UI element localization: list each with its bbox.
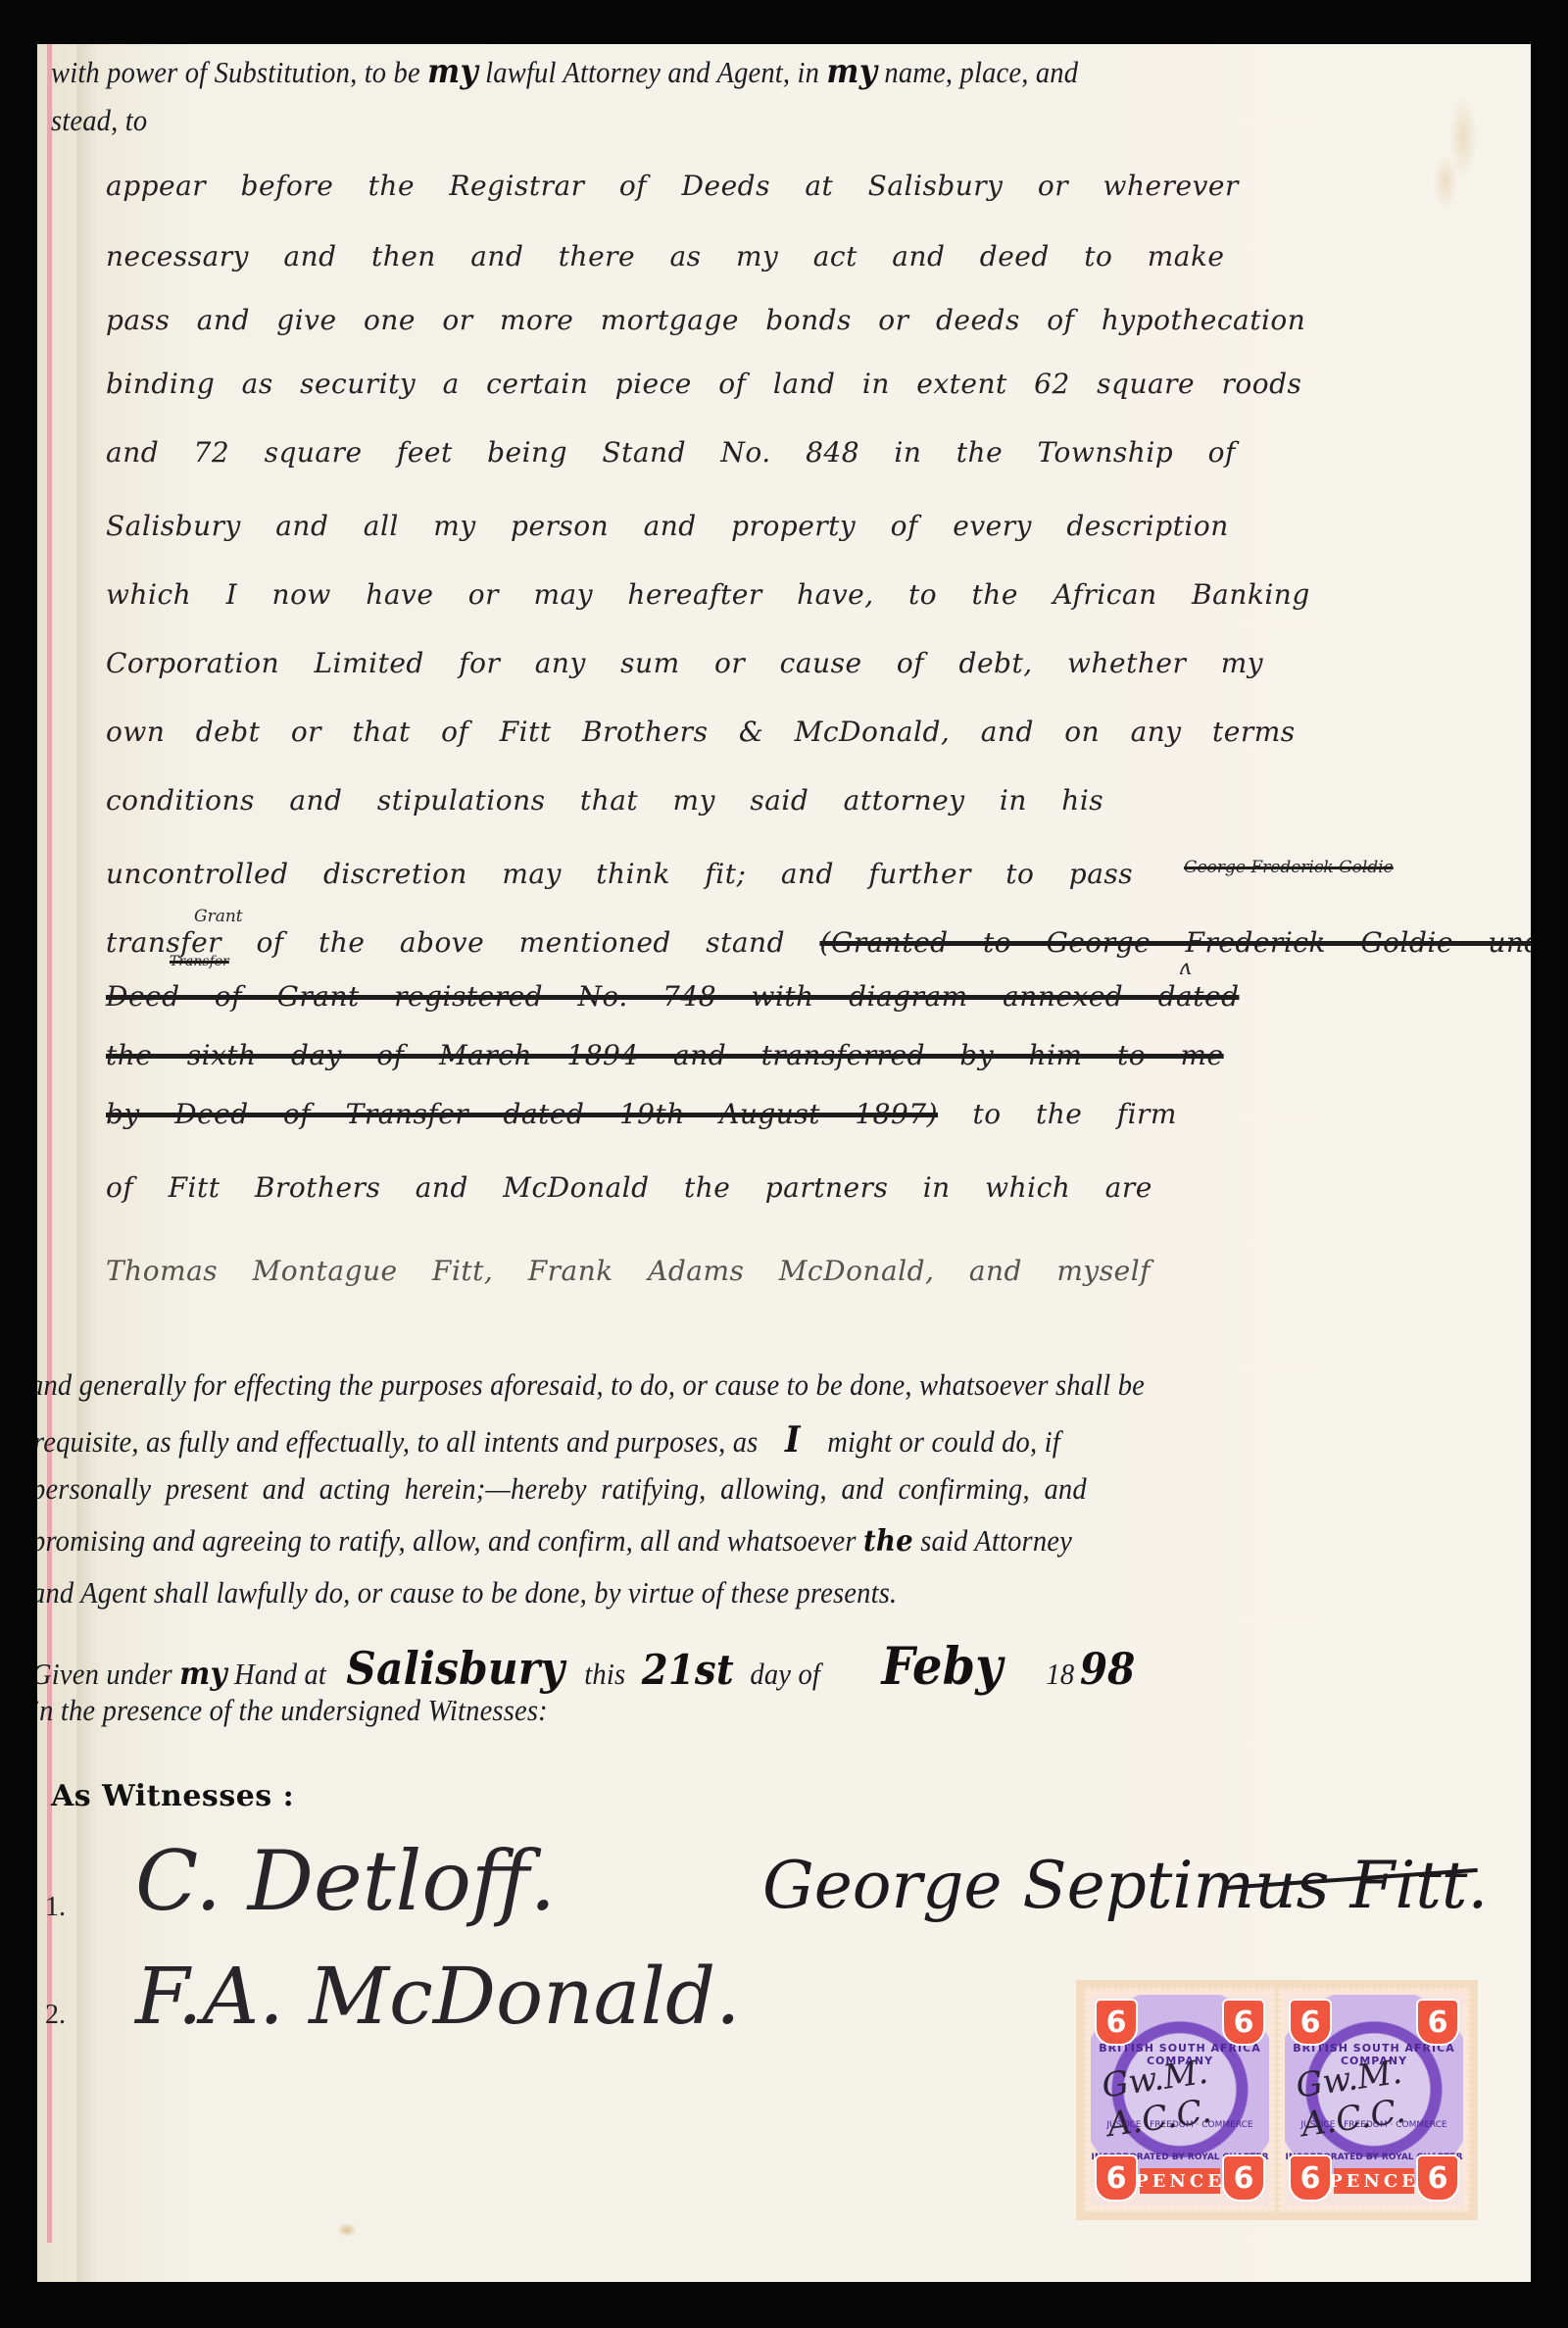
witness-number-2: 2. — [45, 2000, 66, 2031]
handwritten-line-9: own debt or that of Fitt Brothers & McDo… — [106, 716, 1296, 748]
place-salisbury: Salisbury — [346, 1642, 564, 1695]
struck-passage: (Granted to George Frederick Goldie unde… — [819, 926, 1531, 959]
printed-para-line-5: and Agent shall lawfully do, or cause to… — [37, 1575, 897, 1610]
struck-line-14: the sixth day of March 1894 and transfer… — [106, 1039, 1224, 1071]
execution-line: Given under my Hand at Salisbury this 21… — [37, 1637, 1136, 1697]
stamp-value-6: 6 — [1416, 1999, 1459, 2046]
handwritten-fill-i: I — [785, 1419, 801, 1461]
handwritten-line-4: binding as security a certain piece of l… — [106, 368, 1301, 400]
handwritten-line-17: Thomas Montague Fitt, Frank Adams McDona… — [106, 1255, 1151, 1287]
stamp-manuscript-cancel: Gw.M. A.C.C. — [1100, 2053, 1216, 2145]
printed-para-line-4: promising and agreeing to ratify, allow,… — [37, 1523, 1072, 1559]
caret-mark: ʌ — [1179, 956, 1191, 980]
revenue-stamp-1: BRITISH SOUTH AFRICA COMPANY JUSTICE · F… — [1084, 1988, 1276, 2212]
stamp-value-6: 6 — [1416, 2155, 1459, 2202]
stamp-value-6: 6 — [1222, 1999, 1265, 2046]
handwritten-line-10: conditions and stipulations that my said… — [106, 784, 1103, 817]
witness-1-signature: C. Detloff. — [135, 1833, 556, 1929]
printed-text: day of — [750, 1657, 820, 1691]
insertion-grant: Grant — [194, 907, 243, 926]
printed-para-line-3: personally present and acting herein;—he… — [37, 1471, 1087, 1507]
stamp-unit-pence: PENCE — [1140, 2168, 1220, 2194]
stamp-value-6: 6 — [1095, 2155, 1138, 2202]
handwritten-line-8: Corporation Limited for any sum or cause… — [106, 647, 1263, 679]
document-page: with power of Substitution, to be my law… — [37, 44, 1531, 2282]
witnesses-heading: As Witnesses : — [51, 1779, 294, 1813]
handwritten-line-15: by Deed of Transfer dated 19th August 18… — [106, 1098, 1177, 1130]
line15-tail: to the firm — [972, 1098, 1177, 1130]
handwritten-line-16: of Fitt Brothers and McDonald the partne… — [106, 1171, 1152, 1204]
printed-text: Hand at — [234, 1657, 326, 1691]
insertion-struck-transfer: Transfer — [170, 954, 229, 969]
revenue-stamp-pair: BRITISH SOUTH AFRICA COMPANY JUSTICE · F… — [1076, 1980, 1478, 2220]
printed-text: name, place, and — [884, 55, 1078, 89]
handwritten-fill-the: the — [863, 1524, 913, 1559]
printed-text: might or could do, if — [827, 1424, 1060, 1459]
witness-number-1: 1. — [45, 1892, 66, 1923]
handwritten-fill-my-2: my — [826, 52, 877, 91]
insertion-struck-name: George Frederick Goldie — [1184, 858, 1394, 877]
year-suffix: 98 — [1080, 1645, 1136, 1695]
stamp-value-6: 6 — [1095, 1999, 1138, 2046]
stamp-unit-pence: PENCE — [1334, 2168, 1414, 2194]
printed-text: this — [584, 1657, 625, 1691]
handwritten-line-6: Salisbury and all my person and property… — [106, 510, 1229, 542]
struck-passage: by Deed of Transfer dated 19th August 18… — [106, 1098, 938, 1130]
stamp-manuscript-cancel: Gw.M. A.C.C. — [1294, 2053, 1410, 2145]
principal-signature: George Septimus Fitt. — [762, 1848, 1488, 1923]
year-prefix: 18 — [1046, 1657, 1074, 1691]
stamp-value-6: 6 — [1289, 1999, 1332, 2046]
printed-text: promising and agreeing to ratify, allow,… — [37, 1523, 857, 1558]
printed-line-1: with power of Substitution, to be my law… — [51, 52, 1078, 91]
day-number: 21st — [642, 1646, 734, 1694]
printed-text: Given under — [37, 1657, 172, 1691]
handwritten-line-11: uncontrolled discretion may think fit; a… — [106, 858, 1133, 890]
handwritten-line-1: appear before the Registrar of Deeds at … — [106, 170, 1239, 202]
handwritten-line-12: transfer of the above mentioned stand (G… — [106, 926, 1531, 959]
handwritten-fill-my: my — [427, 52, 478, 91]
printed-para-line-2: requisite, as fully and effectually, to … — [37, 1419, 1060, 1461]
printed-text: with power of Substitution, to be — [51, 55, 420, 89]
stamp-value-6: 6 — [1222, 2155, 1265, 2202]
presence-line: in the presence of the undersigned Witne… — [37, 1693, 548, 1728]
month-feby: Feby — [882, 1637, 1004, 1697]
printed-line-2: stead, to — [51, 103, 147, 138]
printed-text: requisite, as fully and effectually, to … — [37, 1424, 758, 1459]
printed-para-line-1: and generally for effecting the purposes… — [37, 1367, 1145, 1403]
revenue-stamp-2: BRITISH SOUTH AFRICA COMPANY JUSTICE · F… — [1278, 1988, 1470, 2212]
struck-line-13: Deed of Grant registered No. 748 with di… — [106, 980, 1240, 1013]
witness-2-signature: F.A. McDonald. — [135, 1951, 741, 2042]
stamp-value-6: 6 — [1289, 2155, 1332, 2202]
printed-text: lawful Attorney and Agent, in — [485, 55, 819, 89]
handwritten-line-3: pass and give one or more mortgage bonds… — [106, 304, 1305, 336]
printed-text: said Attorney — [920, 1523, 1072, 1558]
handwritten-fill-my-3: my — [179, 1655, 227, 1692]
page-fold-shadow — [76, 44, 98, 2282]
handwritten-line-7: which I now have or may hereafter have, … — [106, 578, 1310, 611]
handwritten-line-5: and 72 square feet being Stand No. 848 i… — [106, 436, 1236, 469]
handwritten-line-2: necessary and then and there as my act a… — [106, 240, 1224, 272]
